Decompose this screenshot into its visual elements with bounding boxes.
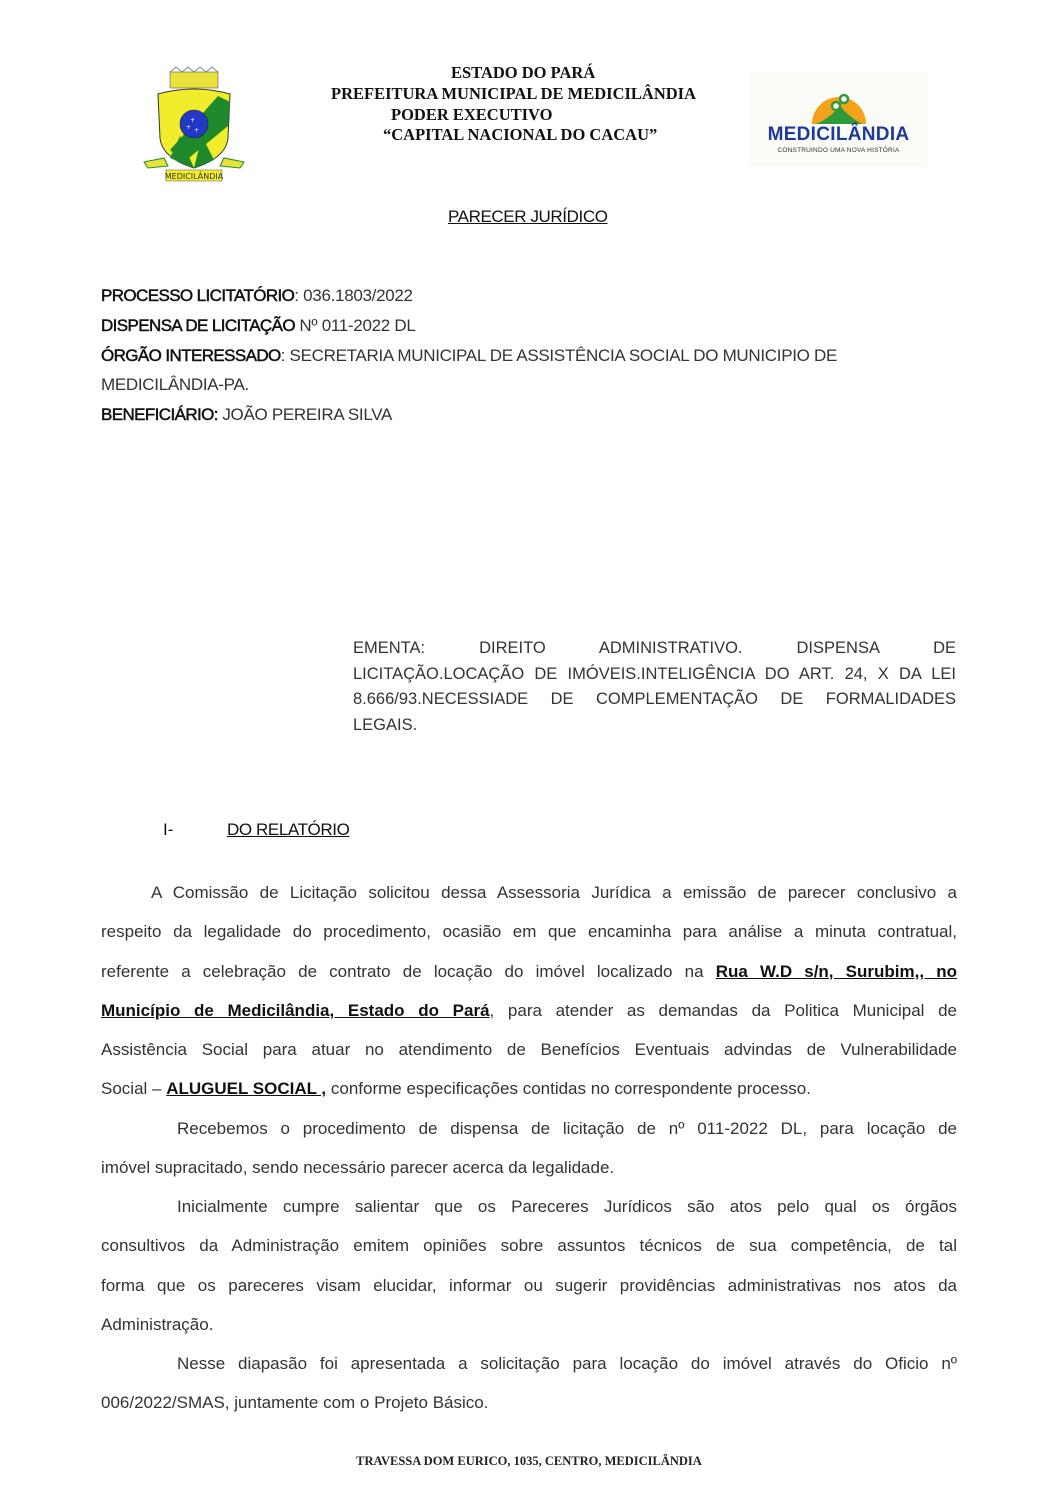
address-highlight: Município de Medicilândia, Estado do Par… [101,1001,490,1020]
medicilandia-logo: MEDICILÂNDIA CONSTRUINDO UMA NOVA HISTÓR… [750,72,927,167]
paragraph-line: A Comissão de Licitação solicitou dessa … [101,873,957,912]
paragraph-line: Social – ALUGUEL SOCIAL , conforme espec… [101,1069,957,1108]
text-run: referente a celebração de contrato de lo… [101,962,716,981]
meta-label: BENEFICIÁRIO: [101,405,218,424]
section-number: I- [163,820,173,840]
sun-people-icon [810,84,868,126]
paragraph-line: imóvel supracitado, sendo necessário par… [101,1148,957,1187]
paragraph-2: Recebemos o procedimento de dispensa de … [101,1109,957,1188]
address-highlight: Rua W.D s/n, Surubim,, no [716,962,957,981]
header-state: ESTADO DO PARÁ [451,63,595,83]
meta-label: ÓRGÃO INTERESSADO [101,346,281,365]
header-prefecture: PREFEITURA MUNICIPAL DE MEDICILÂNDIA [331,84,696,104]
meta-sep: : [281,346,290,365]
meta-dispensa: DISPENSA DE LICITAÇÃO Nº 011-2022 DL [101,316,415,336]
paragraph-line: Município de Medicilândia, Estado do Par… [101,991,957,1030]
meta-value: SECRETARIA MUNICIPAL DE ASSISTÊNCIA SOCI… [290,346,838,365]
svg-text:+: + [186,124,191,131]
paragraph-line: Administração. [101,1305,957,1344]
municipal-crest-icon: + + + MEDICILÂNDIA [140,66,248,184]
meta-orgao-cont: MEDICILÂNDIA-PA. [101,375,249,395]
meta-beneficiario: BENEFICIÁRIO: JOÃO PEREIRA SILVA [101,405,392,425]
section-title: DO RELATÓRIO [227,820,349,840]
paragraph-line: Assistência Social para atuar no atendim… [101,1030,957,1069]
ementa-line: EMENTA: DIREITO ADMINISTRATIVO. DISPENSA… [353,636,956,662]
ementa-line: 8.666/93.NECESSIADE DE COMPLEMENTAÇÃO DE… [353,687,956,713]
logo-name: MEDICILÂNDIA [750,124,927,146]
meta-process: PROCESSO LICITATÓRIO: 036.1803/2022 [101,286,413,306]
header-motto: “CAPITAL NACIONAL DO CACAU” [383,125,657,145]
meta-orgao: ÓRGÃO INTERESSADO: SECRETARIA MUNICIPAL … [101,346,837,366]
ementa-block: EMENTA: DIREITO ADMINISTRATIVO. DISPENSA… [353,636,956,738]
paragraph-line: Inicialmente cumpre salientar que os Par… [101,1187,957,1226]
meta-sep: : [294,286,303,305]
text-run: , para atender as demandas da Politica M… [490,1001,957,1020]
paragraph-line: Recebemos o procedimento de dispensa de … [101,1109,957,1148]
ementa-line: LEGAIS. [353,713,956,739]
paragraph-line: forma que os pareceres visam elucidar, i… [101,1266,957,1305]
paragraph-line: consultivos da Administração emitem opin… [101,1226,957,1265]
meta-value: 036.1803/2022 [303,286,413,305]
svg-text:MEDICILÂNDIA: MEDICILÂNDIA [165,170,224,181]
paragraph-3: Inicialmente cumpre salientar que os Par… [101,1187,957,1344]
svg-text:+: + [190,117,195,124]
meta-value: JOÃO PEREIRA SILVA [222,405,392,424]
text-run: conforme especificações contidas no corr… [326,1079,811,1098]
ementa-line: LICITAÇÃO.LOCAÇÃO DE IMÓVEIS.INTELIGÊNCI… [353,662,956,688]
program-highlight: ALUGUEL SOCIAL , [166,1079,326,1098]
meta-value: MEDICILÂNDIA-PA. [101,375,249,394]
meta-label: DISPENSA DE LICITAÇÃO [101,316,295,335]
document-title: PARECER JURÍDICO [448,207,608,227]
paragraph-line: Nesse diapasão foi apresentada a solicit… [101,1344,957,1383]
header-executive: PODER EXECUTIVO [391,105,552,125]
paragraph-line: referente a celebração de contrato de lo… [101,952,957,991]
paragraph-line: 006/2022/SMAS, juntamente com o Projeto … [101,1383,957,1422]
text-run: Social – [101,1079,166,1098]
paragraph-line: respeito da legalidade do procedimento, … [101,912,957,951]
meta-label: PROCESSO LICITATÓRIO [101,286,294,305]
logo-tagline: CONSTRUINDO UMA NOVA HISTÓRIA [750,147,927,154]
footer-address: TRAVESSA DOM EURICO, 1035, CENTRO, MEDIC… [0,1454,1058,1469]
document-page: + + + MEDICILÂNDIA ESTADO DO PARÁ PREFEI… [0,0,1058,1497]
svg-text:+: + [194,127,199,134]
meta-value: Nº 011-2022 DL [299,316,415,335]
paragraph-1: A Comissão de Licitação solicitou dessa … [101,873,957,1109]
paragraph-4: Nesse diapasão foi apresentada a solicit… [101,1344,957,1423]
